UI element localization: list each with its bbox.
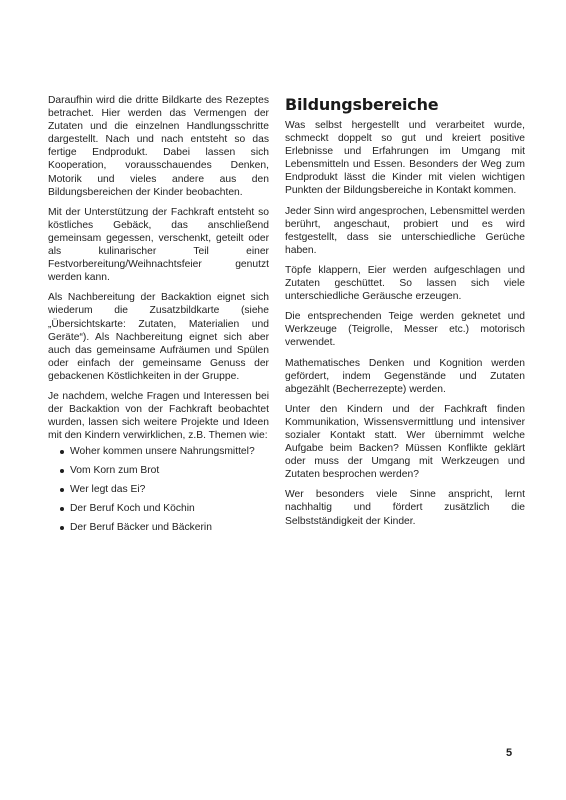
bullet-icon: [60, 507, 64, 511]
paragraph: Daraufhin wird die dritte Bildkarte des …: [48, 94, 269, 199]
list-item: Woher kommen unsere Nahrungsmittel?: [60, 445, 269, 459]
page-number: 5: [506, 747, 512, 759]
bullet-icon: [60, 450, 64, 454]
paragraph: Was selbst hergestellt und verarbeitet w…: [285, 119, 525, 198]
bullet-icon: [60, 526, 64, 530]
paragraph: Mathematisches Denken und Kognition werd…: [285, 357, 525, 396]
bullet-icon: [60, 469, 64, 473]
paragraph: Unter den Kindern und der Fachkraft find…: [285, 403, 525, 482]
list-item: Der Beruf Bäcker und Bäckerin: [60, 521, 269, 535]
list-item-text: Der Beruf Koch und Köchin: [70, 503, 195, 514]
list-item: Vom Korn zum Brot: [60, 464, 269, 478]
paragraph: Mit der Unterstützung der Fachkraft ents…: [48, 206, 269, 285]
section-heading: Bildungsbereiche: [285, 96, 525, 114]
topic-list: Woher kommen unsere Nahrungsmittel? Vom …: [48, 445, 269, 535]
left-column: Daraufhin wird die dritte Bildkarte des …: [48, 94, 269, 540]
paragraph: Jeder Sinn wird angesprochen, Lebensmitt…: [285, 205, 525, 257]
paragraph: Töpfe klappern, Eier werden aufgeschlage…: [285, 264, 525, 303]
list-item-text: Woher kommen unsere Nahrungsmittel?: [70, 446, 255, 457]
list-item-text: Vom Korn zum Brot: [70, 465, 159, 476]
list-item-text: Der Beruf Bäcker und Bäckerin: [70, 522, 212, 533]
list-item: Wer legt das Ei?: [60, 483, 269, 497]
paragraph: Wer besonders viele Sinne anspricht, ler…: [285, 488, 525, 527]
paragraph: Je nachdem, welche Fragen und Interessen…: [48, 390, 269, 442]
right-column: Bildungsbereiche Was selbst hergestellt …: [285, 96, 525, 535]
bullet-icon: [60, 488, 64, 492]
list-item-text: Wer legt das Ei?: [70, 484, 145, 495]
paragraph: Die entsprechenden Teige werden geknetet…: [285, 310, 525, 349]
paragraph: Als Nachbereitung der Backaktion eignet …: [48, 291, 269, 383]
list-item: Der Beruf Koch und Köchin: [60, 502, 269, 516]
